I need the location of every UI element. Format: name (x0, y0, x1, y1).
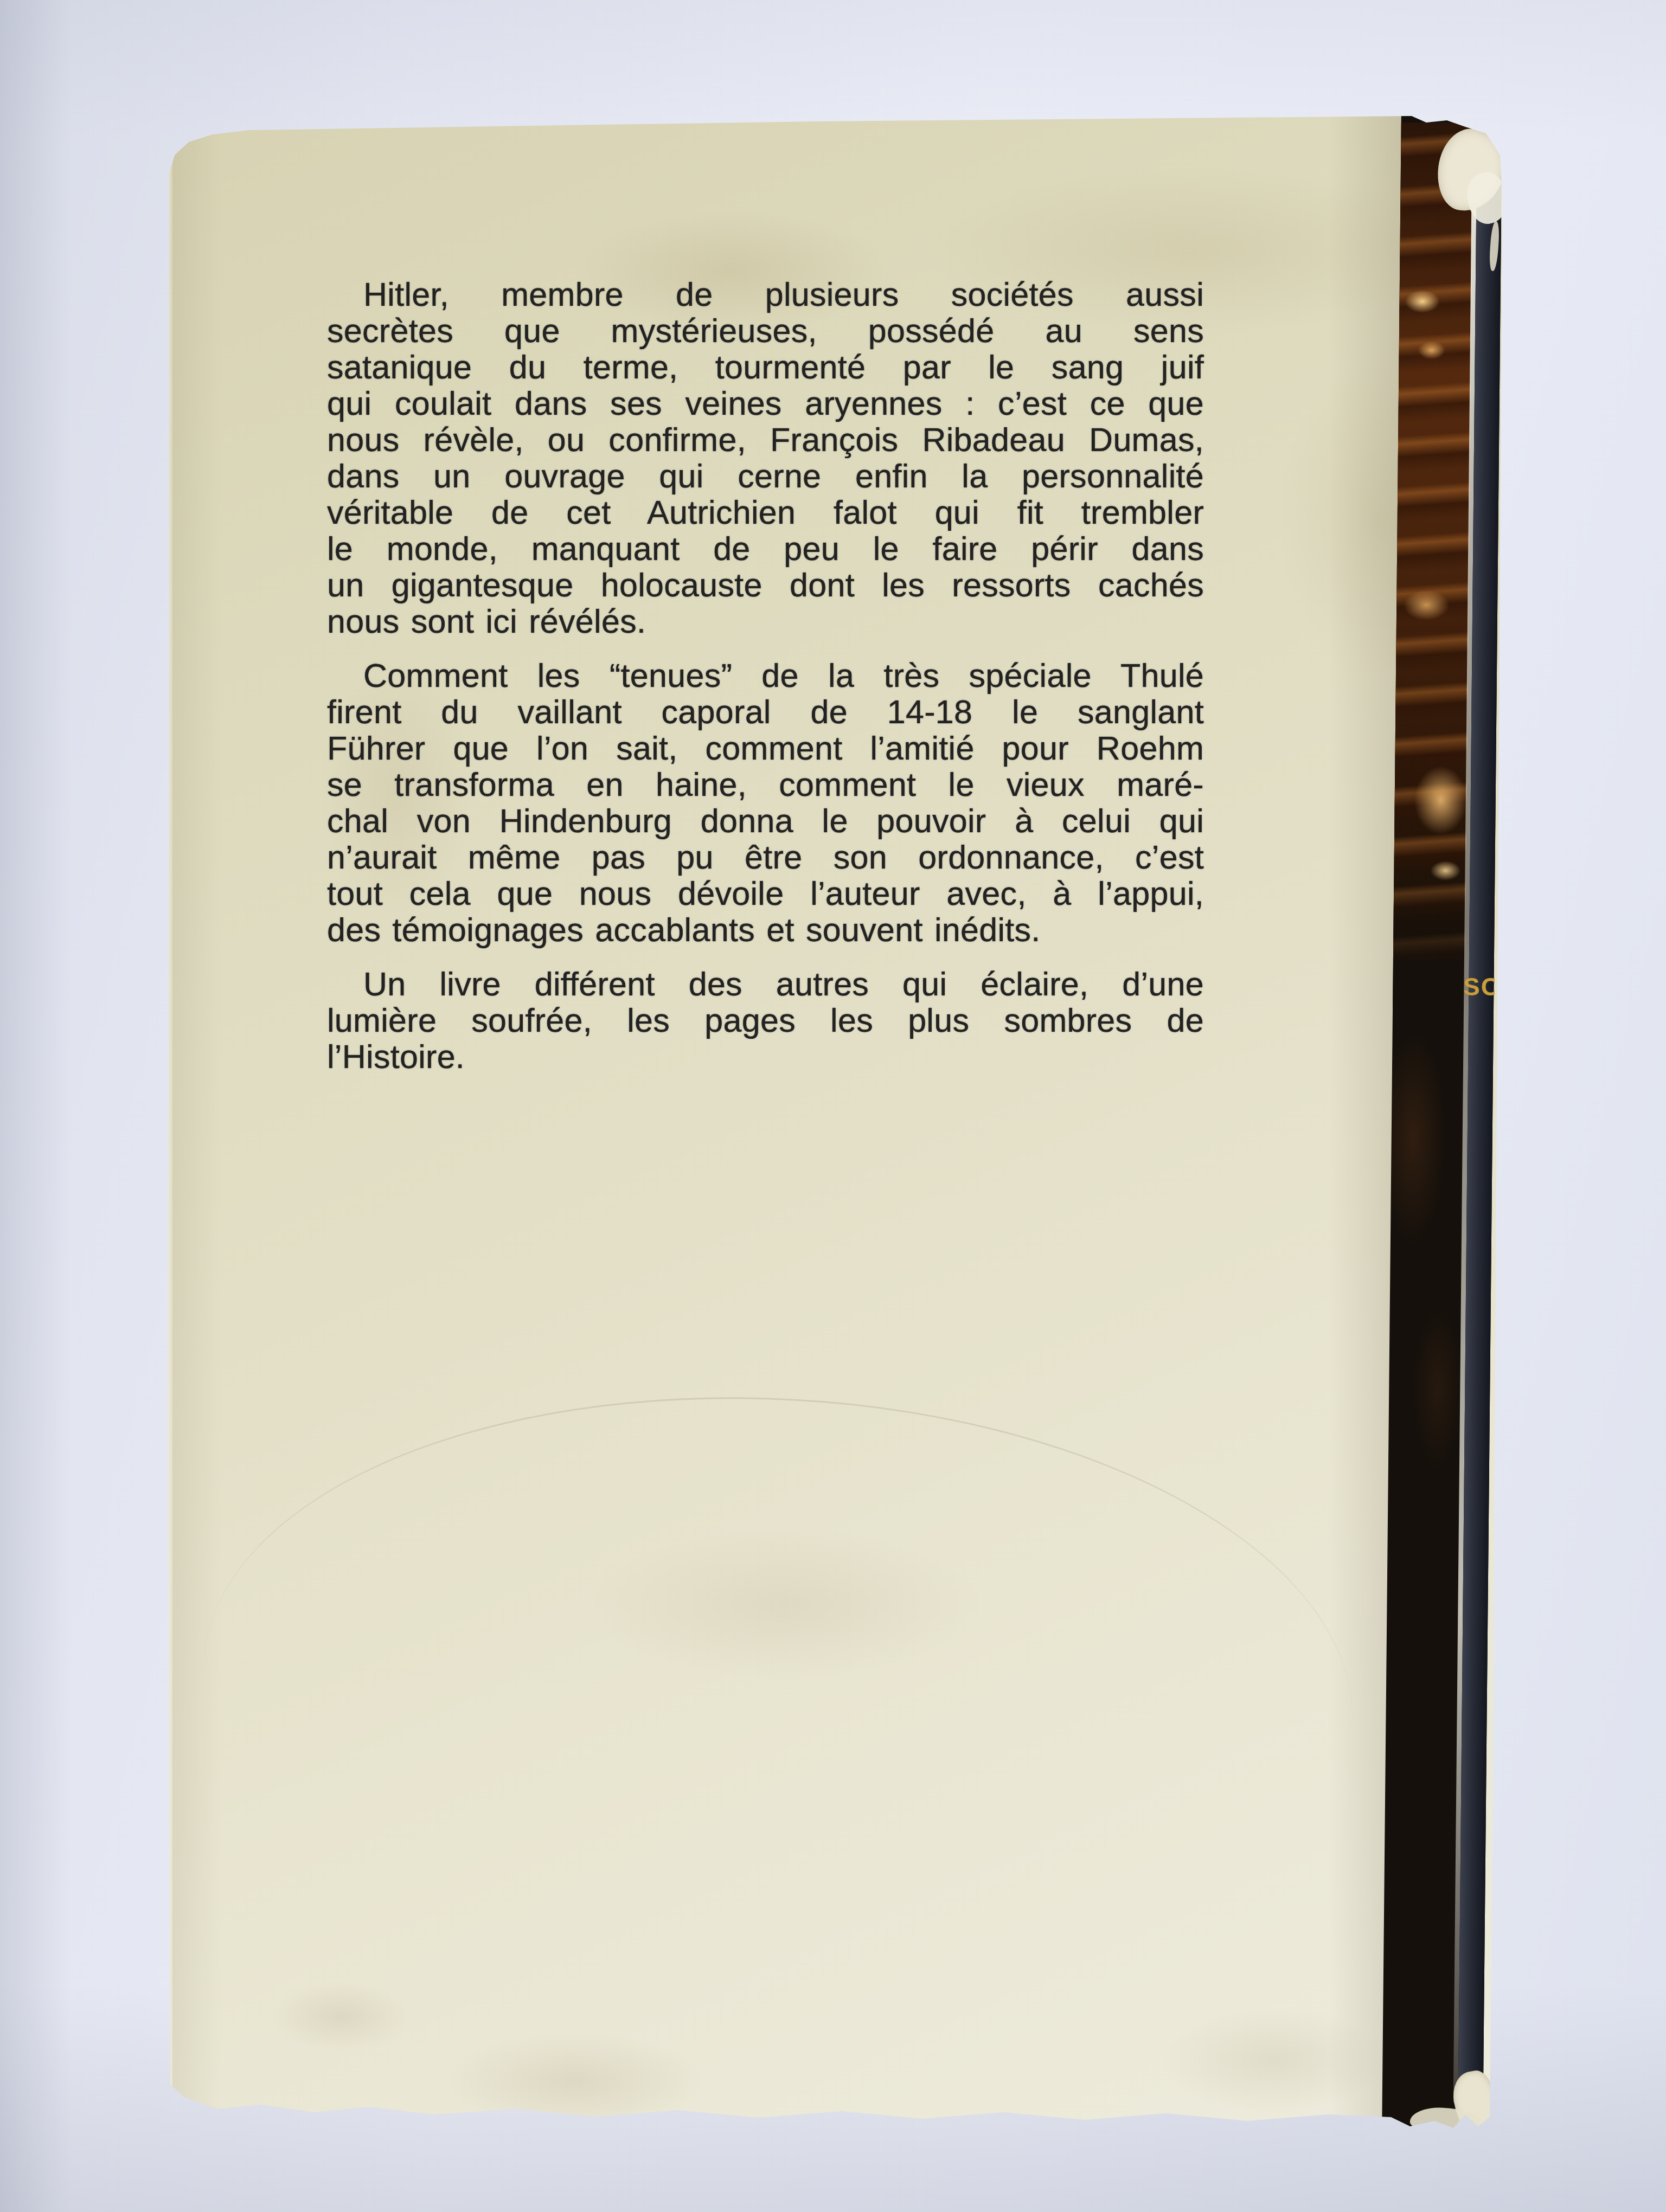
blurb-line: Comment les “tenues” de la très spéciale… (327, 658, 1204, 694)
blurb: Hitler, membre de plusieurs sociétés aus… (327, 276, 1204, 1093)
blurb-line: des témoignages accablants et souvent in… (327, 912, 1204, 948)
spine-lower-sheen (1382, 1008, 1465, 2136)
cover-crease (204, 1367, 1368, 1725)
blurb-line: qui coulait dans ses veines aryennes : c… (327, 385, 1204, 422)
blurb-line: secrètes que mystérieuses, possédé au se… (327, 313, 1204, 349)
blurb-line: n’aurait même pas pu être son ordonnance… (327, 839, 1204, 876)
blurb-line: firent du vaillant caporal de 14-18 le s… (327, 694, 1204, 730)
wall-shading-left (0, 0, 71, 2212)
photo-scene: Hitler, membre de plusieurs sociétés aus… (0, 0, 1666, 2212)
blurb-paragraph: Hitler, membre de plusieurs sociétés aus… (327, 276, 1204, 640)
blurb-line: Führer que l’on sait, comment l’amitié p… (327, 730, 1204, 767)
blurb-line: un gigantesque holocauste dont les resso… (327, 567, 1204, 603)
book-back-cover: Hitler, membre de plusieurs sociétés aus… (163, 108, 1502, 2136)
blurb-line: se transforma en haine, comment le vieux… (327, 767, 1204, 803)
blurb-paragraph: Un livre différent des autres qui éclair… (327, 966, 1204, 1075)
blurb-line: lumière soufrée, les pages les plus somb… (327, 1002, 1204, 1039)
blurb-line: chal von Hindenburg donna le pouvoir à c… (327, 803, 1204, 839)
blurb-line: dans un ouvrage qui cerne enfin la perso… (327, 458, 1204, 494)
torn-jacket-copper-texture (1393, 123, 1473, 960)
blurb-paragraph: Comment les “tenues” de la très spéciale… (327, 658, 1204, 948)
blurb-line: nous sont ici révélés. (327, 603, 1204, 640)
blurb-line: nous révèle, ou confirme, François Ribad… (327, 422, 1204, 458)
blurb-line: satanique du terme, tourmenté par le san… (327, 349, 1204, 385)
blurb-line: Un livre différent des autres qui éclair… (327, 966, 1204, 1002)
spine-lettering: SO (1463, 969, 1495, 1004)
dust-jacket-spine-strip (1382, 108, 1502, 2136)
cover-left-edge-shade (172, 108, 221, 2136)
copper-fade (1393, 867, 1466, 1008)
cover-left-edge-highlight (163, 108, 172, 2136)
blurb-line: Hitler, membre de plusieurs sociétés aus… (327, 276, 1204, 313)
blurb-line: le monde, manquant de peu le faire périr… (327, 531, 1204, 567)
blurb-line: véritable de cet Autrichien falot qui fi… (327, 494, 1204, 531)
blurb-line: l’Histoire. (327, 1039, 1204, 1075)
blurb-line: tout cela que nous dévoile l’auteur avec… (327, 876, 1204, 912)
